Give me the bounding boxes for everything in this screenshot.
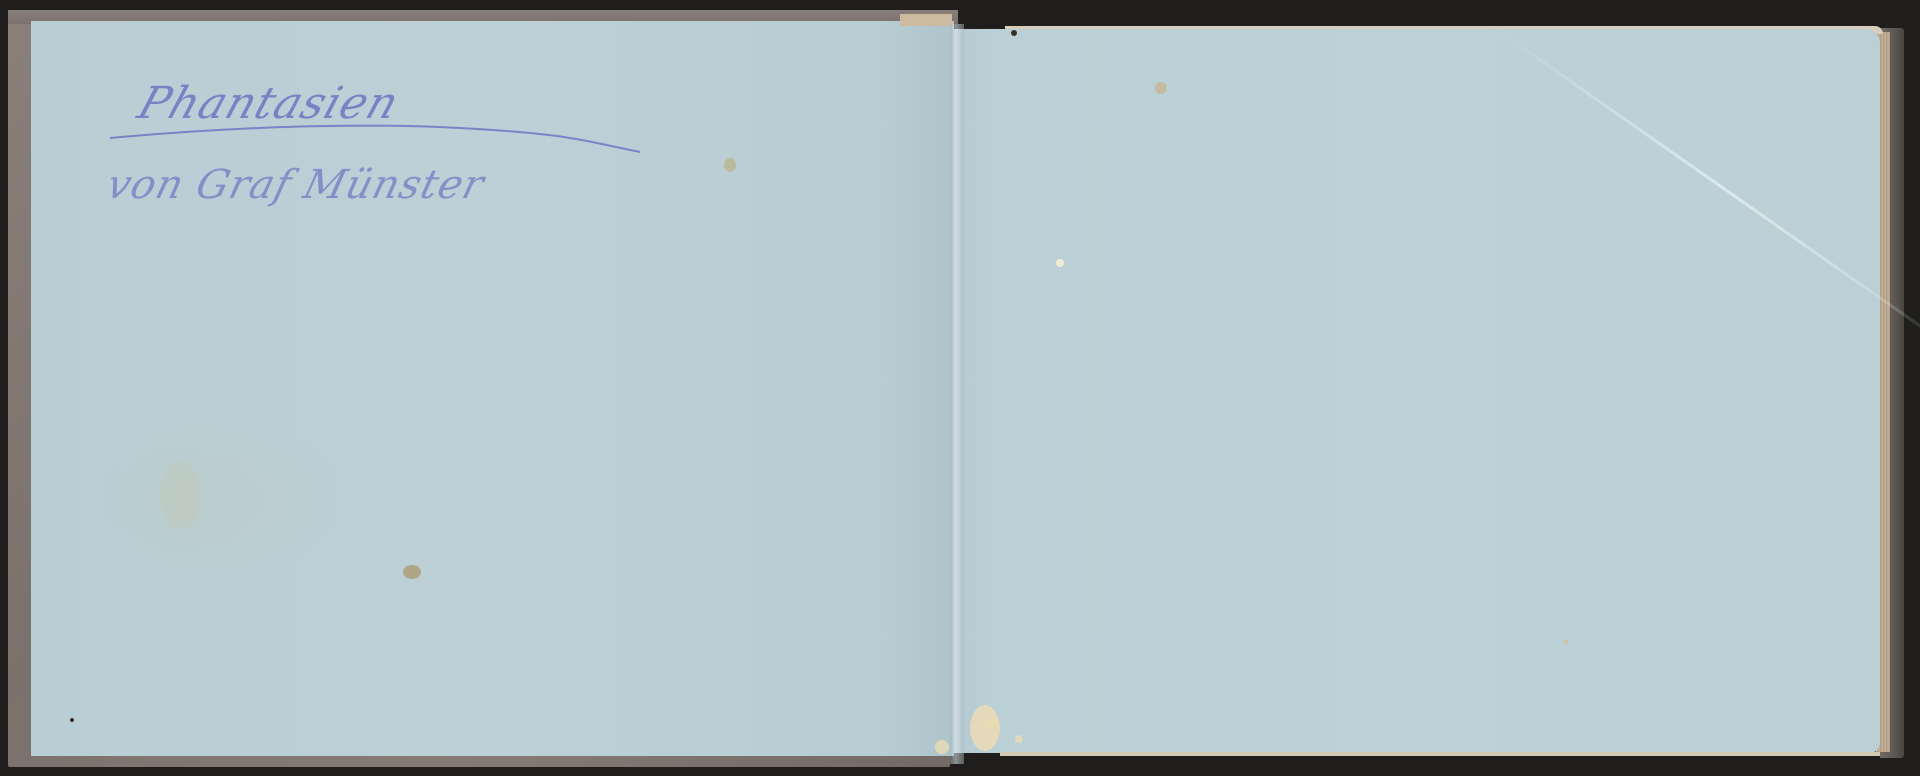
title-underline	[100, 100, 660, 160]
foxing-spot	[1056, 259, 1064, 267]
foxing-spot	[70, 718, 74, 722]
book-gutter	[950, 24, 964, 764]
right-page-bottom-edge	[1000, 752, 1880, 756]
foxing-spot	[1155, 82, 1167, 94]
book-scan: Phantasien von Graf Münster	[0, 0, 1920, 776]
foxing-spot	[724, 158, 736, 172]
water-stain	[1015, 735, 1023, 743]
water-stain	[160, 460, 200, 530]
foxing-spot	[1011, 30, 1017, 36]
handwritten-author: von Graf Münster	[102, 162, 489, 208]
water-stain	[970, 705, 1000, 751]
right-endpaper	[950, 29, 1880, 753]
water-stain	[985, 718, 999, 728]
foxing-spot	[403, 565, 421, 579]
water-stain	[935, 740, 949, 754]
foxing-spot	[1563, 639, 1569, 645]
spine-top-tab	[900, 14, 952, 26]
